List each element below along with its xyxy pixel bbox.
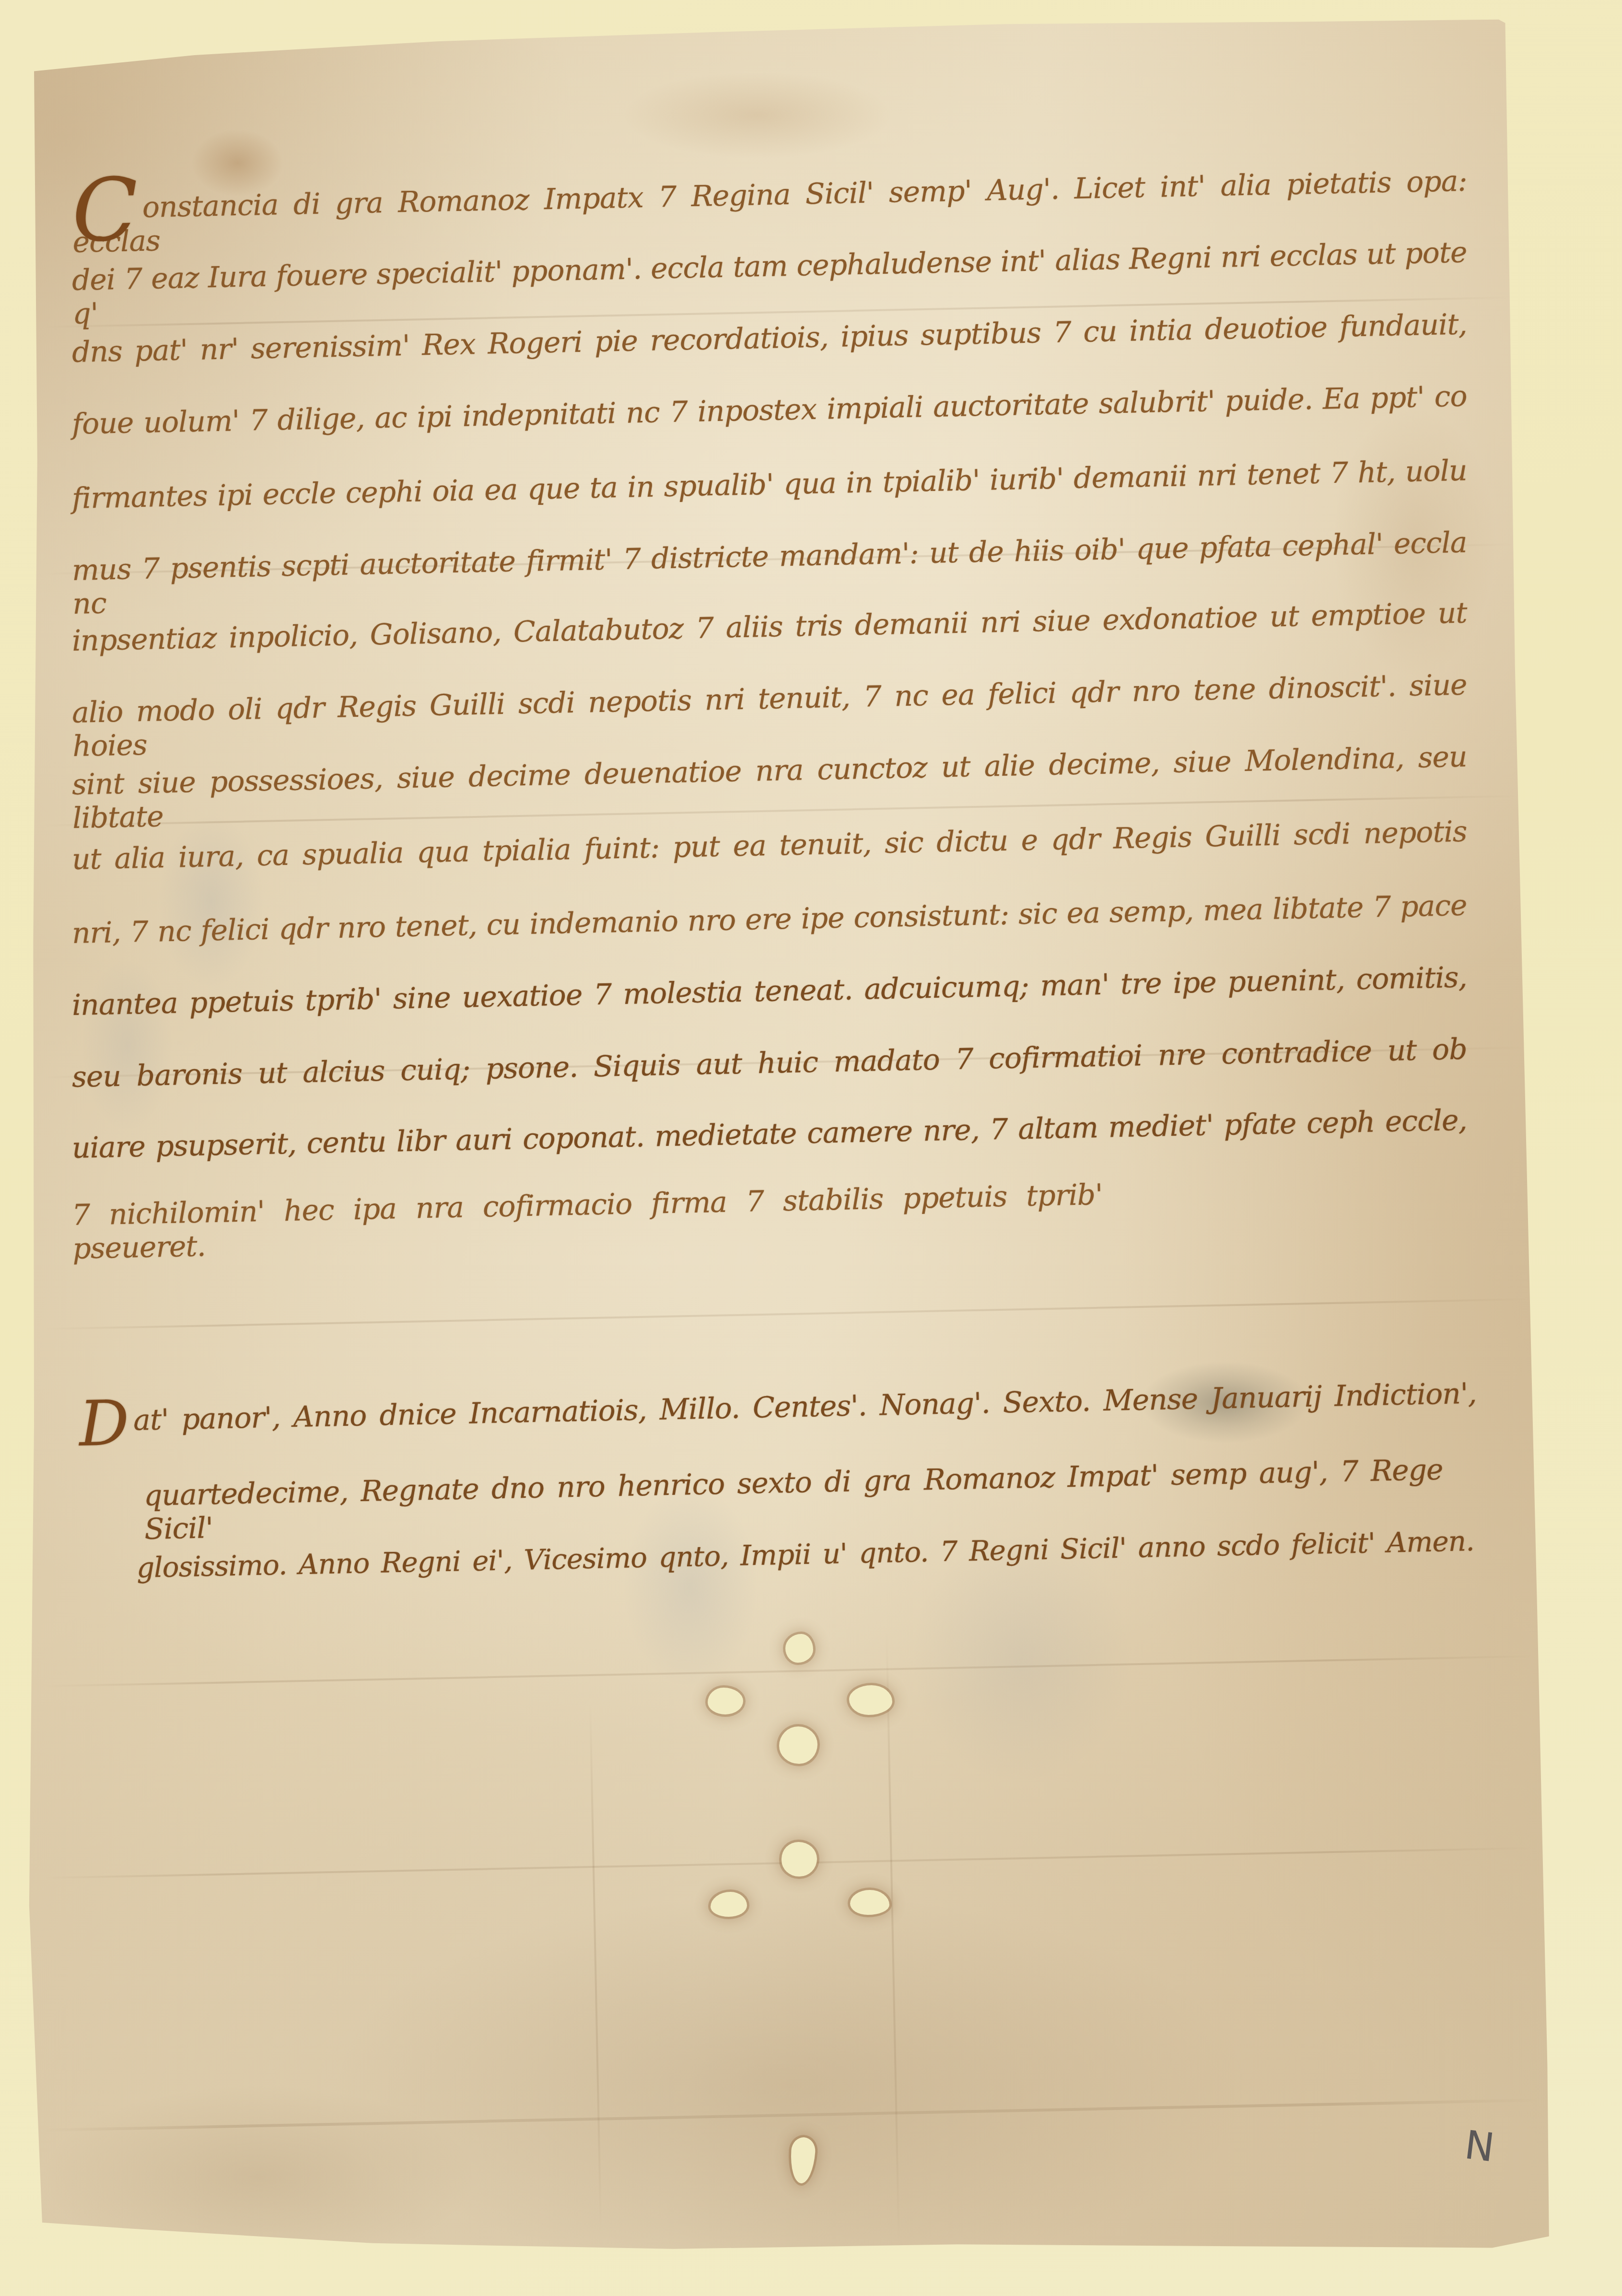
seal-hole xyxy=(789,2136,817,2184)
dating-clause-line: quartedecime, Regnate dno nro henrico se… xyxy=(143,1453,1443,1513)
crease xyxy=(589,1702,602,2229)
charter-text-line: dns pat' nr' serenissim' Rex Rogeri pie … xyxy=(71,308,1467,369)
charter-text-line: foue uolum' 7 dilige, ac ipi indepnitati… xyxy=(71,380,1467,441)
charter-text-line: mus 7 psentis scpti auctoritate firmit' … xyxy=(71,526,1467,587)
seal-hole xyxy=(782,1842,817,1876)
stain xyxy=(43,2086,475,2268)
seal-hole xyxy=(711,1892,747,1917)
dating-clause-line: Dat' panor', Anno dnice Incarnatiois, Mi… xyxy=(79,1377,1477,1438)
stain xyxy=(336,1894,1247,2277)
charter-text-line: inpsentiaz inpolicio, Golisano, Calatabu… xyxy=(71,596,1467,658)
seal-hole xyxy=(850,1890,889,1915)
charter-text-line: Constancia di gra Romanoz Impatx 7 Regin… xyxy=(71,162,1467,223)
seal-hole xyxy=(708,1688,743,1714)
stain xyxy=(82,959,173,1131)
seal-hole xyxy=(849,1685,892,1715)
stain xyxy=(623,1486,758,1688)
crease xyxy=(886,1630,900,2244)
charter-text-line: seu baronis ut alcius cuiq; psone. Siqui… xyxy=(71,1033,1467,1094)
drop-cap-initial: C xyxy=(72,210,138,211)
photograph-mat: Constancia di gra Romanoz Impatx 7 Regin… xyxy=(0,0,1622,2296)
charter-text-line: alio modo oli qdr Regis Guilli scdi nepo… xyxy=(71,668,1467,730)
stain xyxy=(911,1534,1132,1783)
charter-text-line: sint siue possessioes, siue decime deuen… xyxy=(71,740,1467,802)
archive-mark: N xyxy=(1462,2122,1496,2171)
crease xyxy=(43,2098,1539,2132)
charter-text-line: inantea ppetuis tprib' sine uexatioe 7 m… xyxy=(71,961,1467,1022)
charter-text-line: dei 7 eaz Iura fouere specialit' pponam'… xyxy=(71,236,1467,297)
charter-text-line: uiare psupserit, centu libr auri coponat… xyxy=(71,1104,1467,1165)
seal-hole xyxy=(785,1634,813,1663)
dating-clause-line: glosissimo. Anno Regni ei', Vicesimo qnt… xyxy=(136,1524,1474,1585)
charter-text-line: firmantes ipi eccle cephi oia ea que ta … xyxy=(71,454,1467,515)
dating-drop-cap: D xyxy=(79,1423,128,1424)
crease xyxy=(43,1298,1529,1330)
parchment: Constancia di gra Romanoz Impatx 7 Regin… xyxy=(0,0,1622,2296)
stain xyxy=(623,72,892,158)
crease xyxy=(43,1655,1534,1687)
charter-text-line: ut alia iura, ca spualia qua tpialia fui… xyxy=(71,815,1467,876)
charter-text-line: 7 nichilomin' hec ipa nra cofirmacio fir… xyxy=(71,1178,1103,1232)
seal-hole xyxy=(779,1726,817,1764)
charter-text-line: nri, 7 nc felici qdr nro tenet, cu indem… xyxy=(71,889,1467,950)
dating-text: at' panor', Anno dnice Incarnatiois, Mil… xyxy=(133,1377,1477,1437)
